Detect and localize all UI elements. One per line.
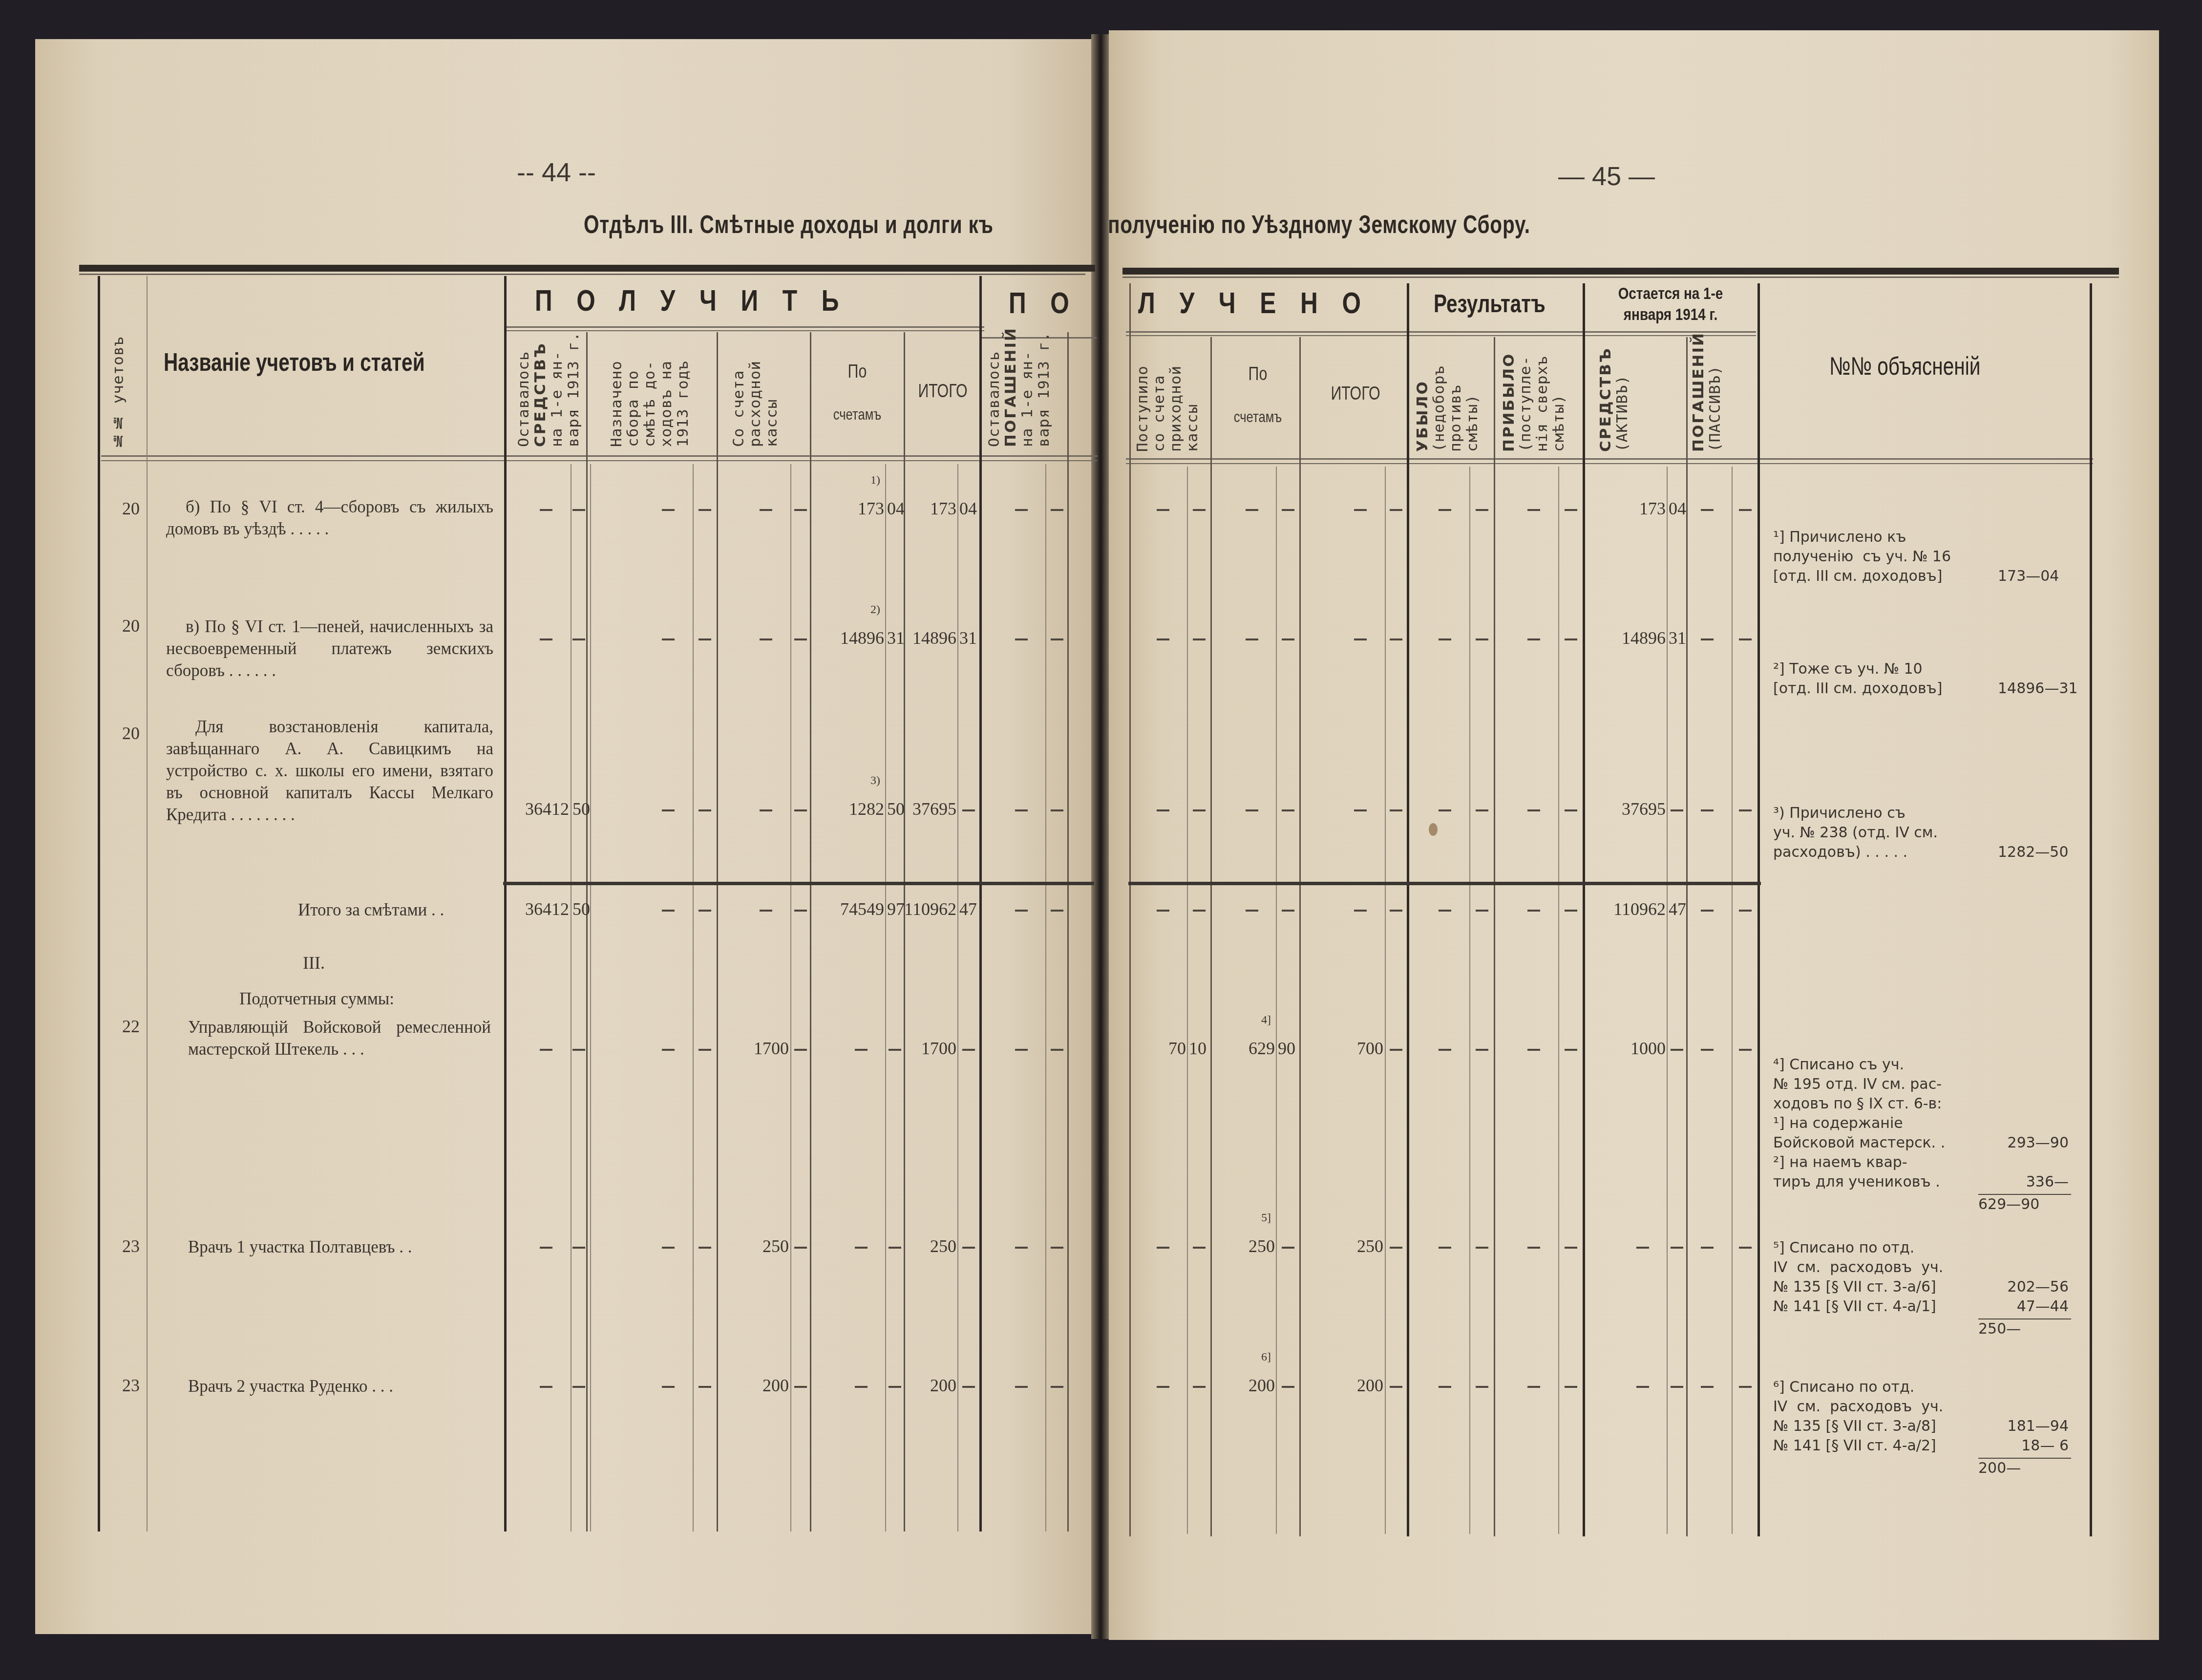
- header-col-remain-repay: ПОГАШЕНІЙ (ПАССИВЪ): [1690, 342, 1723, 452]
- header-col-remained-repay: Оставалось ПОГАШЕНІЙ на 1-е ян- варя 191…: [986, 337, 1052, 447]
- explanation-amount: 181—94: [1954, 1417, 2069, 1436]
- footnote-marker: 2): [870, 603, 880, 617]
- col-divider: [1667, 467, 1668, 1534]
- header-col-by-accounts-schetam: счетамъ: [822, 405, 892, 424]
- empty-dash: [662, 1049, 675, 1051]
- value-rubles: 1700: [849, 1038, 956, 1059]
- value-rubles: 629: [1167, 1038, 1275, 1059]
- empty-dash: [1476, 910, 1488, 912]
- col-divider: [590, 464, 591, 1531]
- empty-dash: [1051, 1386, 1063, 1388]
- empty-dash: [962, 809, 975, 811]
- value-kopecks: 50: [572, 899, 590, 919]
- footnote-marker: 5]: [1261, 1212, 1271, 1225]
- col-divider: [790, 464, 791, 1531]
- col-divider: [957, 464, 958, 1531]
- empty-dash: [572, 1049, 585, 1051]
- empty-dash: [1157, 509, 1169, 511]
- empty-dash: [662, 638, 675, 640]
- value-rubles: 36412: [462, 899, 569, 919]
- empty-dash: [1739, 638, 1752, 640]
- empty-dash: [1439, 809, 1451, 811]
- empty-dash: [1015, 1049, 1028, 1051]
- empty-dash: [794, 1247, 807, 1249]
- empty-dash: [962, 1386, 975, 1388]
- empty-dash: [1439, 1247, 1451, 1249]
- empty-dash: [572, 509, 585, 511]
- col-divider: [1385, 467, 1386, 1534]
- explanation-amount: 47—44: [1954, 1297, 2069, 1317]
- explanation-amount: 18— 6: [1954, 1436, 2069, 1456]
- empty-dash: [1476, 1247, 1488, 1249]
- empty-dash: [699, 809, 711, 811]
- table-right-border: [2090, 283, 2092, 1536]
- empty-dash: [662, 809, 675, 811]
- col-divider: [586, 332, 588, 1531]
- empty-dash: [1527, 809, 1540, 811]
- empty-dash: [1354, 910, 1367, 912]
- header-col-received-total: ИТОГО: [1320, 383, 1391, 404]
- subtotal-rule-left: [503, 882, 1094, 885]
- header-col-number: №№ учетовъ: [110, 313, 127, 449]
- empty-dash: [1439, 1049, 1451, 1051]
- empty-dash: [572, 638, 585, 640]
- row-description: Управляющій Войсковой ремесленной мастер…: [188, 1016, 491, 1060]
- header-group-po: ПО: [1009, 286, 1093, 320]
- value-rubles: 110962: [849, 899, 956, 919]
- header-group-rule-right-2: [1126, 335, 1756, 336]
- explanation-amount: 293—90: [1954, 1133, 2069, 1153]
- section-numeral: III.: [303, 953, 325, 973]
- empty-dash: [1390, 809, 1402, 811]
- footnote-marker: 3): [870, 774, 880, 787]
- empty-dash: [1015, 1247, 1028, 1249]
- empty-dash: [1439, 509, 1451, 511]
- empty-dash: [1739, 809, 1752, 811]
- empty-dash: [540, 1247, 552, 1249]
- table-left-border: [98, 276, 100, 1531]
- value-rubles: 173: [1558, 498, 1666, 519]
- col-divider: [1732, 467, 1733, 1534]
- empty-dash: [1282, 638, 1294, 640]
- empty-dash: [1193, 509, 1206, 511]
- value-kopecks: 47: [1669, 899, 1686, 919]
- empty-dash: [1671, 1247, 1683, 1249]
- header-col-received-cash: Поступило со счета приходной кассы: [1134, 342, 1201, 452]
- empty-dash: [1565, 1247, 1577, 1249]
- empty-dash: [540, 1386, 552, 1388]
- empty-dash: [1701, 638, 1714, 640]
- row-number: 20: [122, 498, 140, 519]
- empty-dash: [1015, 910, 1028, 912]
- empty-dash: [1527, 1247, 1540, 1249]
- empty-dash: [794, 1049, 807, 1051]
- empty-dash: [1527, 910, 1540, 912]
- value-rubles: 200: [1167, 1375, 1275, 1396]
- empty-dash: [1157, 638, 1169, 640]
- value-rubles: 37695: [1558, 799, 1666, 819]
- col-divider: [571, 464, 572, 1531]
- empty-dash: [962, 1247, 975, 1249]
- empty-dash: [1701, 910, 1714, 912]
- empty-dash: [1051, 638, 1063, 640]
- col-divider: [1129, 283, 1131, 1536]
- value-rubles: 700: [1276, 1038, 1383, 1059]
- empty-dash: [1739, 1247, 1752, 1249]
- row-number: 22: [122, 1016, 140, 1037]
- header-group-lucheno: ЛУЧЕНО: [1138, 286, 1385, 320]
- col-divider: [1494, 337, 1495, 1536]
- header-col-loss: УБЫЛО (недоборъ противъ смѣты): [1414, 342, 1481, 452]
- empty-dash: [1354, 509, 1367, 511]
- empty-dash: [1476, 638, 1488, 640]
- empty-dash: [1701, 1247, 1714, 1249]
- empty-dash: [1671, 1386, 1683, 1388]
- value-rubles: 250: [1167, 1236, 1275, 1256]
- subtotal-label: Итого за смѣтами . .: [298, 899, 444, 921]
- empty-dash: [1193, 638, 1206, 640]
- explanation-amount: 1282—50: [1998, 843, 2069, 862]
- empty-dash: [1439, 910, 1451, 912]
- value-kopecks: 47: [959, 899, 977, 919]
- explanation-amount: 202—56: [1954, 1277, 2069, 1297]
- empty-dash: [1051, 509, 1063, 511]
- header-col-gain: ПРИБЫЛО (поступле- нія сверхъ смѣты): [1501, 342, 1567, 452]
- header-bottom-rule-right-2: [1126, 463, 2093, 464]
- empty-dash: [699, 509, 711, 511]
- empty-dash: [699, 910, 711, 912]
- subtotal-rule-right: [1128, 882, 1761, 885]
- empty-dash: [540, 1049, 552, 1051]
- empty-dash: [1193, 809, 1206, 811]
- value-rubles: 250: [849, 1236, 956, 1256]
- empty-dash: [1527, 1386, 1540, 1388]
- empty-dash: [1246, 910, 1258, 912]
- header-group-poluchit: ПОЛУЧИТЬ: [535, 283, 863, 318]
- empty-dash: [1671, 1049, 1683, 1051]
- empty-dash: [1701, 1049, 1714, 1051]
- value-rubles: 200: [849, 1375, 956, 1396]
- col-divider: [147, 276, 148, 1531]
- empty-dash: [760, 910, 772, 912]
- col-divider: [1045, 464, 1046, 1531]
- empty-dash: [1390, 1049, 1402, 1051]
- value-rubles: 200: [1276, 1375, 1383, 1396]
- empty-dash: [1354, 809, 1367, 811]
- value-rubles: 14896: [1558, 628, 1666, 648]
- empty-dash: [662, 1247, 675, 1249]
- empty-dash: [1051, 910, 1063, 912]
- header-col-explanations: №№ объясненій: [1829, 352, 1980, 381]
- col-divider-major: [1407, 283, 1409, 1536]
- empty-dash: [1439, 1386, 1451, 1388]
- empty-dash: [662, 910, 675, 912]
- col-divider-major: [1757, 283, 1760, 1536]
- empty-dash: [1390, 910, 1402, 912]
- empty-dash: [1390, 509, 1402, 511]
- empty-dash: [1015, 1386, 1028, 1388]
- header-col-by-accounts-po: По: [824, 362, 890, 383]
- empty-dash: [1565, 1386, 1577, 1388]
- empty-dash: [1282, 509, 1294, 511]
- header-col-remained-funds: Оставалось СРЕДСТВЪ на 1-е ян- варя 1913…: [515, 337, 582, 447]
- value-rubles: 1000: [1558, 1038, 1666, 1059]
- empty-dash: [1246, 809, 1258, 811]
- table-top-rule-right: [1122, 268, 2119, 275]
- empty-dash: [1739, 509, 1752, 511]
- empty-dash: [1476, 1386, 1488, 1388]
- row-description: Для возстановленія капитала, завѣщаннаго…: [166, 716, 493, 826]
- value-rubles: 37695: [849, 799, 956, 819]
- row-description: в) По § VI ст. 1—пеней, начисленныхъ за …: [166, 616, 493, 681]
- empty-dash: [760, 809, 772, 811]
- header-group-remains: Остается на 1-еянваря 1914 г.: [1603, 283, 1739, 325]
- page-number-right: — 45 —: [1558, 161, 1655, 191]
- empty-dash: [1636, 1247, 1649, 1249]
- col-divider: [1187, 467, 1188, 1534]
- empty-dash: [540, 509, 552, 511]
- explanation-sum: 250—: [1978, 1319, 2021, 1339]
- header-col-remain-funds: СРЕДСТВЪ (АКТИВЪ): [1597, 342, 1630, 452]
- empty-dash: [1527, 1049, 1540, 1051]
- section-heading: Подотчетныя суммы:: [239, 989, 394, 1009]
- empty-dash: [1157, 809, 1169, 811]
- explanation-sum: 200—: [1978, 1459, 2021, 1478]
- empty-dash: [1051, 809, 1063, 811]
- table-top-thin-rule-left: [79, 274, 1085, 275]
- table-top-rule-left: [79, 265, 1095, 272]
- footnote-marker: 1): [870, 474, 880, 487]
- empty-dash: [1015, 638, 1028, 640]
- col-divider: [1558, 467, 1559, 1534]
- explanation-block: ³) Причислено съ уч. № 238 (отд. IV см. …: [1773, 804, 1938, 862]
- explanation-sum: 629—90: [1978, 1195, 2039, 1214]
- empty-dash: [1051, 1049, 1063, 1051]
- explanation-block: ¹] Причислено къ полученію съ уч. № 16 […: [1773, 528, 1951, 586]
- empty-dash: [1157, 910, 1169, 912]
- empty-dash: [1015, 809, 1028, 811]
- value-rubles: 1700: [681, 1038, 789, 1059]
- empty-dash: [1636, 1386, 1649, 1388]
- explanation-block: ⁴] Списано съ уч. № 195 отд. IV см. рас-…: [1773, 1055, 1945, 1192]
- header-bottom-rule-left: [101, 455, 1098, 457]
- empty-dash: [1701, 509, 1714, 511]
- empty-dash: [1701, 809, 1714, 811]
- col-divider: [693, 464, 694, 1531]
- table-top-thin-rule-right: [1122, 276, 2119, 278]
- header-col-total: ИТОГО: [913, 381, 972, 402]
- value-rubles: 200: [681, 1375, 789, 1396]
- col-divider: [1299, 337, 1301, 1536]
- col-divider: [1067, 332, 1069, 1531]
- explanation-amount: 336—: [1954, 1172, 2069, 1192]
- header-group-rule-2: [506, 330, 984, 331]
- explanation-block: ²] Тоже съ уч. № 10 [отд. III см. доходо…: [1773, 659, 1943, 699]
- value-kopecks: 04: [959, 498, 977, 519]
- empty-dash: [572, 1247, 585, 1249]
- empty-dash: [1739, 1386, 1752, 1388]
- empty-dash: [962, 1049, 975, 1051]
- empty-dash: [760, 638, 772, 640]
- empty-dash: [1527, 509, 1540, 511]
- empty-dash: [540, 638, 552, 640]
- empty-dash: [1739, 1049, 1752, 1051]
- empty-dash: [1527, 638, 1540, 640]
- empty-dash: [1282, 910, 1294, 912]
- empty-dash: [794, 1386, 807, 1388]
- explanation-block: ⁵] Списано по отд. IV см. расходовъ уч. …: [1773, 1238, 1943, 1317]
- empty-dash: [1476, 1049, 1488, 1051]
- header-bottom-rule-right: [1126, 458, 2093, 460]
- empty-dash: [1193, 910, 1206, 912]
- value-rubles: 250: [1276, 1236, 1383, 1256]
- page-title-left: Отдѣлъ III. Смѣтные доходы и долги къ: [584, 210, 994, 239]
- header-group-rule: [506, 326, 984, 328]
- value-kopecks: 31: [959, 628, 977, 648]
- empty-dash: [662, 1386, 675, 1388]
- row-number: 20: [122, 723, 140, 744]
- header-group-rule-right: [1126, 331, 1756, 333]
- value-kopecks: 50: [572, 799, 590, 819]
- row-description: Врачъ 2 участка Руденко . . .: [188, 1375, 491, 1397]
- page-number-left: -- 44 --: [517, 157, 596, 188]
- value-rubles: 110962: [1558, 899, 1666, 919]
- empty-dash: [1246, 509, 1258, 511]
- value-kopecks: 31: [1669, 628, 1686, 648]
- header-bottom-rule-left-2: [101, 460, 1098, 461]
- header-col-assigned: Назначено сбора по смѣтѣ до- ходовъ на 1…: [608, 337, 691, 447]
- empty-dash: [1354, 638, 1367, 640]
- row-number: 23: [122, 1236, 140, 1256]
- empty-dash: [1015, 509, 1028, 511]
- empty-dash: [760, 509, 772, 511]
- explanation-amount: 14896—31: [1998, 679, 2078, 699]
- empty-dash: [1701, 1386, 1714, 1388]
- col-divider: [885, 464, 886, 1531]
- col-divider: [717, 332, 718, 1531]
- paper-stain: [1429, 823, 1438, 836]
- header-col-received-accounts-schetam: счетамъ: [1223, 408, 1293, 426]
- header-col-received-accounts-po: По: [1225, 364, 1291, 385]
- empty-dash: [1671, 809, 1683, 811]
- col-divider-major: [979, 276, 982, 1531]
- col-divider: [1210, 337, 1212, 1536]
- row-description: Врачъ 1 участка Полтавцевъ . .: [188, 1236, 491, 1258]
- header-group-result: Результатъ: [1434, 289, 1546, 319]
- explanation-amount: 173—04: [1998, 567, 2059, 586]
- header-col-from-expense: Со счета расходной кассы: [730, 337, 780, 447]
- empty-dash: [1439, 638, 1451, 640]
- value-rubles: 250: [681, 1236, 789, 1256]
- empty-dash: [699, 638, 711, 640]
- empty-dash: [1282, 809, 1294, 811]
- col-divider: [1469, 467, 1470, 1534]
- explanation-block: ⁶] Списано по отд. IV см. расходовъ уч. …: [1773, 1378, 1943, 1456]
- empty-dash: [1390, 1247, 1402, 1249]
- row-number: 20: [122, 616, 140, 636]
- value-rubles: 173: [849, 498, 956, 519]
- value-kopecks: 04: [1669, 498, 1686, 519]
- empty-dash: [1051, 1247, 1063, 1249]
- row-number: 23: [122, 1375, 140, 1396]
- empty-dash: [1476, 509, 1488, 511]
- col-divider: [1276, 467, 1277, 1534]
- page-title-right: полученію по Уѣздному Земскому Сбору.: [1108, 210, 1530, 239]
- empty-dash: [1739, 910, 1752, 912]
- empty-dash: [1476, 809, 1488, 811]
- row-description: б) По § VI ст. 4—сборовъ съ жилыхъ домов…: [166, 496, 493, 540]
- book-spine: [1091, 34, 1109, 1639]
- footnote-marker: 4]: [1261, 1014, 1271, 1027]
- empty-dash: [1390, 1386, 1402, 1388]
- empty-dash: [1390, 638, 1402, 640]
- header-col-name: Названіе учетовъ и статей: [164, 348, 425, 377]
- value-rubles: 36412: [462, 799, 569, 819]
- empty-dash: [662, 509, 675, 511]
- empty-dash: [572, 1386, 585, 1388]
- empty-dash: [1246, 638, 1258, 640]
- value-rubles: 14896: [849, 628, 956, 648]
- footnote-marker: 6]: [1261, 1351, 1271, 1364]
- col-divider: [1686, 337, 1688, 1536]
